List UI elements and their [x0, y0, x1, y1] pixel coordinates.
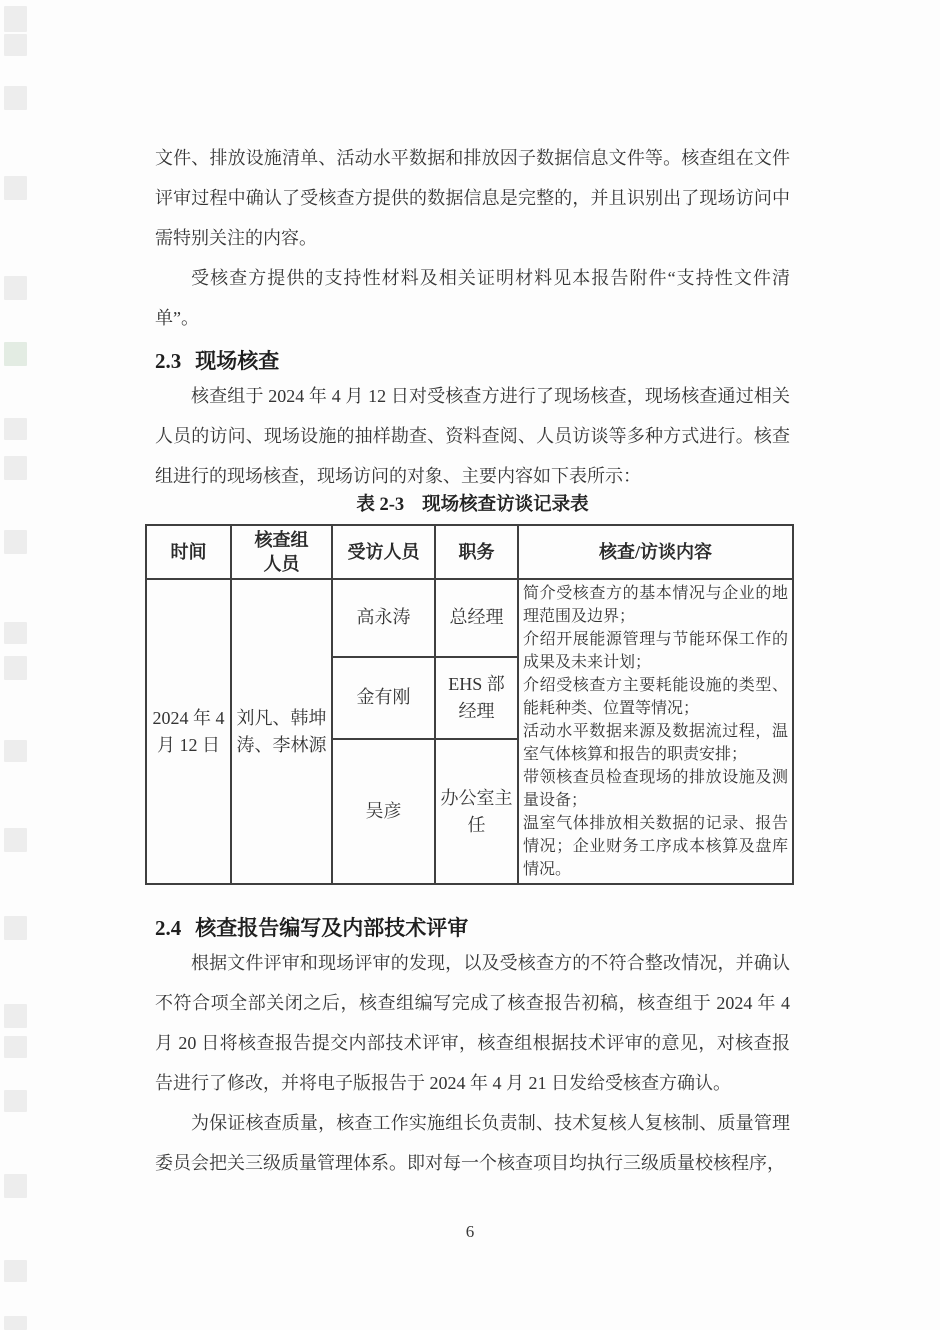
content-item: 介绍开展能源管理与节能环保工作的成果及未来计划；	[523, 628, 788, 674]
section-number: 2.4	[155, 916, 181, 940]
page-content: 文件、排放设施清单、活动水平数据和排放因子数据信息文件等。核查组在文件评审过程中…	[155, 0, 790, 1183]
section-number: 2.3	[155, 349, 181, 373]
header-content: 核查/访谈内容	[518, 525, 793, 579]
interview-record-table: 时间 核查组 人员 受访人员 职务 核查/访谈内容 2024 年 4 月 12 …	[145, 524, 794, 885]
cell-interviewee-3: 吴彦	[332, 739, 435, 884]
scan-mark	[4, 456, 27, 480]
content-item: 带领核查员检查现场的排放设施及测量设备；	[523, 766, 788, 812]
table-header-row: 时间 核查组 人员 受访人员 职务 核查/访谈内容	[146, 525, 793, 579]
scan-mark	[4, 530, 27, 554]
cell-interviewee-2: 金有刚	[332, 657, 435, 740]
scan-mark	[4, 176, 27, 200]
paragraph-report-drafting: 根据文件评审和现场评审的发现，以及受核查方的不符合整改情况，并确认不符合项全部关…	[155, 943, 790, 1103]
section-heading-2-4: 2.4核查报告编写及内部技术评审	[155, 913, 790, 943]
section-title: 核查报告编写及内部技术评审	[195, 916, 468, 940]
paragraph-onsite-visit: 核查组于 2024 年 4 月 12 日对受核查方进行了现场核查，现场核查通过相…	[155, 376, 790, 496]
header-team: 核查组 人员	[231, 525, 332, 579]
scan-mark	[4, 1090, 27, 1112]
scan-mark	[4, 1036, 27, 1058]
scan-mark	[4, 1004, 27, 1028]
header-interviewee: 受访人员	[332, 525, 435, 579]
paragraph-supporting-materials: 受核查方提供的支持性材料及相关证明材料见本报告附件“支持性文件清单”。	[155, 258, 790, 338]
paragraph-file-review: 文件、排放设施清单、活动水平数据和排放因子数据信息文件等。核查组在文件评审过程中…	[155, 0, 790, 258]
scan-mark	[4, 1174, 27, 1198]
section-title: 现场核查	[195, 349, 279, 373]
paragraph-quality-control: 为保证核查质量，核查工作实施组长负责制、技术复核人复核制、质量管理委员会把关三级…	[155, 1103, 790, 1183]
scan-mark	[4, 418, 27, 440]
header-position: 职务	[435, 525, 518, 579]
cell-position-1: 总经理	[435, 579, 518, 657]
cell-interviewee-1: 高永涛	[332, 579, 435, 657]
scan-mark	[4, 276, 27, 300]
scan-mark	[4, 828, 27, 852]
scan-mark	[4, 740, 27, 762]
scan-mark	[4, 6, 27, 32]
table-caption-title: 现场核查访谈记录表	[422, 495, 589, 515]
cell-interview-content: 简介受核查方的基本情况与企业的地理范围及边界； 介绍开展能源管理与节能环保工作的…	[518, 579, 793, 884]
document-page: 文件、排放设施清单、活动水平数据和排放因子数据信息文件等。核查组在文件评审过程中…	[0, 0, 940, 1330]
table-caption-label: 表 2-3	[356, 495, 404, 515]
scan-mark	[4, 1316, 27, 1330]
cell-position-2: EHS 部经理	[435, 657, 518, 740]
header-time: 时间	[146, 525, 231, 579]
page-number: 6	[0, 1222, 940, 1242]
cell-time: 2024 年 4 月 12 日	[146, 579, 231, 884]
content-item: 温室气体排放相关数据的记录、报告情况；企业财务工序成本核算及盘库情况。	[523, 812, 788, 881]
scan-mark	[4, 342, 27, 366]
table-row: 2024 年 4 月 12 日 刘凡、韩坤涛、李林源 高永涛 总经理 简介受核查…	[146, 579, 793, 657]
scan-mark	[4, 1260, 27, 1282]
scan-mark	[4, 34, 27, 56]
scan-mark	[4, 656, 27, 680]
scan-mark	[4, 622, 27, 644]
scan-mark	[4, 916, 27, 940]
cell-position-3: 办公室主任	[435, 739, 518, 884]
scan-mark	[4, 86, 27, 110]
section-heading-2-3: 2.3现场核查	[155, 346, 790, 376]
content-item: 活动水平数据来源及数据流过程，温室气体核算和报告的职责安排；	[523, 720, 788, 766]
content-item: 介绍受核查方主要耗能设施的类型、能耗种类、位置等情况；	[523, 674, 788, 720]
cell-team: 刘凡、韩坤涛、李林源	[231, 579, 332, 884]
content-item: 简介受核查方的基本情况与企业的地理范围及边界；	[523, 582, 788, 628]
